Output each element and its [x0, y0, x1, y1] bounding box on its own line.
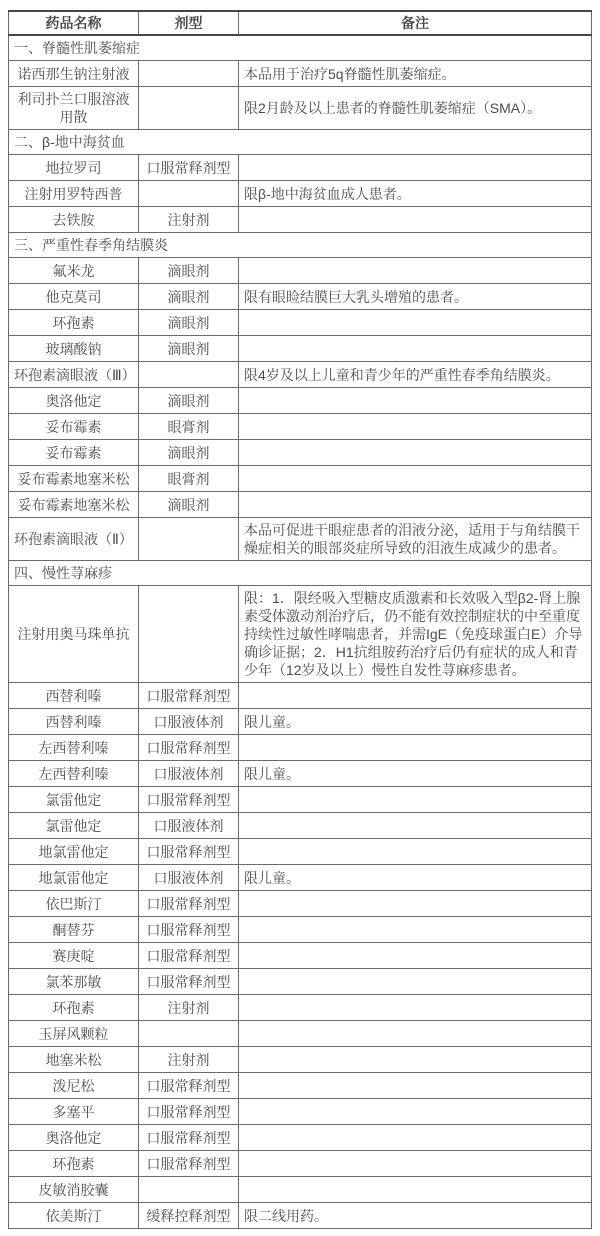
drug-row: 妥布霉素地塞米松滴眼剂 — [9, 492, 592, 518]
drug-row: 氯雷他定口服液体剂 — [9, 813, 592, 839]
drug-name-cell: 奥洛他定 — [9, 1125, 139, 1151]
drug-name-cell: 西替利嗪 — [9, 709, 139, 735]
dosage-form-cell: 眼膏剂 — [139, 466, 239, 492]
drug-row: 去铁胺注射剂 — [9, 207, 592, 233]
section-row: 一、脊髓性肌萎缩症 — [9, 35, 592, 61]
dosage-form-cell: 口服常释剂型 — [139, 1073, 239, 1099]
drug-name-cell: 泼尼松 — [9, 1073, 139, 1099]
drug-name-cell: 依美斯汀 — [9, 1203, 139, 1229]
dosage-form-cell: 口服液体剂 — [139, 813, 239, 839]
note-cell: 限4岁及以上儿童和青少年的严重性春季角结膜炎。 — [239, 362, 592, 388]
drug-row: 环孢素滴眼液（Ⅲ）限4岁及以上儿童和青少年的严重性春季角结膜炎。 — [9, 362, 592, 388]
section-row: 三、严重性春季角结膜炎 — [9, 233, 592, 258]
note-cell — [239, 414, 592, 440]
drug-row: 玉屏风颗粒 — [9, 1021, 592, 1047]
drug-row: 多塞平口服常释剂型 — [9, 1099, 592, 1125]
drug-name-cell: 西替利嗪 — [9, 683, 139, 709]
dosage-form-cell: 口服常释剂型 — [139, 1125, 239, 1151]
dosage-form-cell: 注射剂 — [139, 207, 239, 233]
note-cell — [239, 917, 592, 943]
drug-row: 利司扑兰口服溶液用散限2月龄及以上患者的脊髓性肌萎缩症（SMA）。 — [9, 87, 592, 130]
note-cell — [239, 839, 592, 865]
drug-name-cell: 氯苯那敏 — [9, 969, 139, 995]
note-cell — [239, 1151, 592, 1177]
section-title: 二、β-地中海贫血 — [9, 130, 592, 155]
drug-name-cell: 氯雷他定 — [9, 787, 139, 813]
drug-name-cell: 环孢素 — [9, 1151, 139, 1177]
column-header-note: 备注 — [239, 11, 592, 35]
note-cell: 限：1．限经吸入型糖皮质激素和长效吸入型β2-肾上腺素受体激动剂治疗后，仍不能有… — [239, 586, 592, 683]
note-cell — [239, 1021, 592, 1047]
drug-row: 氯雷他定口服常释剂型 — [9, 787, 592, 813]
dosage-form-cell: 滴眼剂 — [139, 284, 239, 310]
drug-row: 地拉罗司口服常释剂型 — [9, 155, 592, 181]
drug-row: 注射用奥马珠单抗限：1．限经吸入型糖皮质激素和长效吸入型β2-肾上腺素受体激动剂… — [9, 586, 592, 683]
drug-name-cell: 地塞米松 — [9, 1047, 139, 1073]
dosage-form-cell: 口服液体剂 — [139, 865, 239, 891]
dosage-form-cell: 口服常释剂型 — [139, 787, 239, 813]
note-cell: 限儿童。 — [239, 709, 592, 735]
drug-row: 奥洛他定口服常释剂型 — [9, 1125, 592, 1151]
drug-row: 赛庚啶口服常释剂型 — [9, 943, 592, 969]
drug-row: 酮替芬口服常释剂型 — [9, 917, 592, 943]
drug-name-cell: 妥布霉素 — [9, 414, 139, 440]
drug-name-cell: 奥洛他定 — [9, 388, 139, 414]
drug-name-cell: 环孢素滴眼液（Ⅱ） — [9, 518, 139, 561]
drug-row: 氯苯那敏口服常释剂型 — [9, 969, 592, 995]
drug-name-cell: 妥布霉素地塞米松 — [9, 492, 139, 518]
drug-name-cell: 左西替利嗪 — [9, 735, 139, 761]
drug-row: 妥布霉素滴眼剂 — [9, 440, 592, 466]
drug-name-cell: 地氯雷他定 — [9, 865, 139, 891]
note-cell: 限二线用药。 — [239, 1203, 592, 1229]
note-cell — [239, 155, 592, 181]
drug-row: 地氯雷他定口服液体剂限儿童。 — [9, 865, 592, 891]
dosage-form-cell: 口服液体剂 — [139, 709, 239, 735]
dosage-form-cell — [139, 362, 239, 388]
dosage-form-cell: 注射剂 — [139, 1047, 239, 1073]
note-cell — [239, 787, 592, 813]
dosage-form-cell: 口服常释剂型 — [139, 1151, 239, 1177]
note-cell — [239, 735, 592, 761]
drug-row: 他克莫司滴眼剂限有眼睑结膜巨大乳头增殖的患者。 — [9, 284, 592, 310]
note-cell — [239, 1099, 592, 1125]
dosage-form-cell: 口服常释剂型 — [139, 891, 239, 917]
dosage-form-cell — [139, 1021, 239, 1047]
dosage-form-cell: 口服常释剂型 — [139, 155, 239, 181]
dosage-form-cell: 口服常释剂型 — [139, 683, 239, 709]
drug-name-cell: 环孢素 — [9, 310, 139, 336]
drug-name-cell: 诺西那生钠注射液 — [9, 61, 139, 87]
drug-name-cell: 他克莫司 — [9, 284, 139, 310]
note-cell — [239, 1047, 592, 1073]
drug-row: 诺西那生钠注射液本品用于治疗5q脊髓性肌萎缩症。 — [9, 61, 592, 87]
dosage-form-cell: 滴眼剂 — [139, 258, 239, 284]
drug-name-cell: 注射用奥马珠单抗 — [9, 586, 139, 683]
dosage-form-cell — [139, 586, 239, 683]
drug-row: 妥布霉素地塞米松眼膏剂 — [9, 466, 592, 492]
drug-name-cell: 多塞平 — [9, 1099, 139, 1125]
dosage-form-cell: 口服常释剂型 — [139, 943, 239, 969]
drug-row: 环孢素注射剂 — [9, 995, 592, 1021]
drug-name-cell: 注射用罗特西普 — [9, 181, 139, 207]
drug-name-cell: 去铁胺 — [9, 207, 139, 233]
drug-row: 环孢素滴眼液（Ⅱ）本品可促进干眼症患者的泪液分泌，适用于与角结膜干燥症相关的眼部… — [9, 518, 592, 561]
note-cell: 限儿童。 — [239, 865, 592, 891]
drug-row: 地塞米松注射剂 — [9, 1047, 592, 1073]
dosage-form-cell — [139, 518, 239, 561]
note-cell: 本品用于治疗5q脊髓性肌萎缩症。 — [239, 61, 592, 87]
drug-name-cell: 妥布霉素 — [9, 440, 139, 466]
dosage-form-cell — [139, 1177, 239, 1203]
dosage-form-cell: 注射剂 — [139, 995, 239, 1021]
note-cell — [239, 466, 592, 492]
drug-row: 注射用罗特西普限β-地中海贫血成人患者。 — [9, 181, 592, 207]
drug-row: 西替利嗪口服常释剂型 — [9, 683, 592, 709]
note-cell — [239, 969, 592, 995]
drug-name-cell: 妥布霉素地塞米松 — [9, 466, 139, 492]
drug-name-cell: 依巴斯汀 — [9, 891, 139, 917]
drug-name-cell: 玻璃酸钠 — [9, 336, 139, 362]
drug-row: 妥布霉素眼膏剂 — [9, 414, 592, 440]
note-cell — [239, 891, 592, 917]
drug-row: 环孢素滴眼剂 — [9, 310, 592, 336]
drug-name-cell: 氟米龙 — [9, 258, 139, 284]
drug-name-cell: 酮替芬 — [9, 917, 139, 943]
dosage-form-cell: 口服常释剂型 — [139, 839, 239, 865]
dosage-form-cell: 口服常释剂型 — [139, 1099, 239, 1125]
section-row: 四、慢性荨麻疹 — [9, 561, 592, 586]
header-row: 药品名称 剂型 备注 — [9, 11, 592, 35]
drug-row: 氟米龙滴眼剂 — [9, 258, 592, 284]
drug-name-cell: 地氯雷他定 — [9, 839, 139, 865]
dosage-form-cell: 口服液体剂 — [139, 761, 239, 787]
note-cell — [239, 943, 592, 969]
drug-row: 地氯雷他定口服常释剂型 — [9, 839, 592, 865]
column-header-drug-name: 药品名称 — [9, 11, 139, 35]
drug-row: 西替利嗪口服液体剂限儿童。 — [9, 709, 592, 735]
drug-table-header: 药品名称 剂型 备注 — [9, 11, 592, 35]
note-cell — [239, 1073, 592, 1099]
note-cell — [239, 492, 592, 518]
note-cell: 限儿童。 — [239, 761, 592, 787]
drug-row: 左西替利嗪口服常释剂型 — [9, 735, 592, 761]
note-cell: 本品可促进干眼症患者的泪液分泌，适用于与角结膜干燥症相关的眼部炎症所导致的泪液生… — [239, 518, 592, 561]
drug-table-body: 一、脊髓性肌萎缩症诺西那生钠注射液本品用于治疗5q脊髓性肌萎缩症。利司扑兰口服溶… — [9, 35, 592, 1229]
dosage-form-cell — [139, 87, 239, 130]
drug-row: 皮敏消胶囊 — [9, 1177, 592, 1203]
drug-name-cell: 赛庚啶 — [9, 943, 139, 969]
section-title: 一、脊髓性肌萎缩症 — [9, 35, 592, 61]
dosage-form-cell: 缓释控释剂型 — [139, 1203, 239, 1229]
drug-table: 药品名称 剂型 备注 一、脊髓性肌萎缩症诺西那生钠注射液本品用于治疗5q脊髓性肌… — [8, 10, 592, 1229]
dosage-form-cell: 口服常释剂型 — [139, 917, 239, 943]
note-cell — [239, 207, 592, 233]
section-title: 四、慢性荨麻疹 — [9, 561, 592, 586]
note-cell — [239, 1177, 592, 1203]
dosage-form-cell: 滴眼剂 — [139, 310, 239, 336]
column-header-dosage-form: 剂型 — [139, 11, 239, 35]
dosage-form-cell — [139, 61, 239, 87]
drug-row: 环孢素口服常释剂型 — [9, 1151, 592, 1177]
dosage-form-cell: 滴眼剂 — [139, 492, 239, 518]
drug-name-cell: 环孢素滴眼液（Ⅲ） — [9, 362, 139, 388]
page: 药品名称 剂型 备注 一、脊髓性肌萎缩症诺西那生钠注射液本品用于治疗5q脊髓性肌… — [0, 0, 600, 1236]
note-cell: 限2月龄及以上患者的脊髓性肌萎缩症（SMA）。 — [239, 87, 592, 130]
note-cell: 限β-地中海贫血成人患者。 — [239, 181, 592, 207]
drug-row: 奥洛他定滴眼剂 — [9, 388, 592, 414]
note-cell — [239, 440, 592, 466]
drug-row: 玻璃酸钠滴眼剂 — [9, 336, 592, 362]
drug-name-cell: 皮敏消胶囊 — [9, 1177, 139, 1203]
drug-name-cell: 环孢素 — [9, 995, 139, 1021]
note-cell — [239, 388, 592, 414]
drug-name-cell: 地拉罗司 — [9, 155, 139, 181]
drug-row: 依巴斯汀口服常释剂型 — [9, 891, 592, 917]
drug-name-cell: 玉屏风颗粒 — [9, 1021, 139, 1047]
dosage-form-cell: 滴眼剂 — [139, 388, 239, 414]
dosage-form-cell: 眼膏剂 — [139, 414, 239, 440]
drug-row: 依美斯汀缓释控释剂型限二线用药。 — [9, 1203, 592, 1229]
note-cell — [239, 995, 592, 1021]
drug-name-cell: 氯雷他定 — [9, 813, 139, 839]
drug-row: 左西替利嗪口服液体剂限儿童。 — [9, 761, 592, 787]
note-cell — [239, 258, 592, 284]
drug-row: 泼尼松口服常释剂型 — [9, 1073, 592, 1099]
note-cell: 限有眼睑结膜巨大乳头增殖的患者。 — [239, 284, 592, 310]
section-row: 二、β-地中海贫血 — [9, 130, 592, 155]
dosage-form-cell — [139, 181, 239, 207]
dosage-form-cell: 滴眼剂 — [139, 440, 239, 466]
note-cell — [239, 336, 592, 362]
section-title: 三、严重性春季角结膜炎 — [9, 233, 592, 258]
drug-name-cell: 左西替利嗪 — [9, 761, 139, 787]
note-cell — [239, 683, 592, 709]
note-cell — [239, 310, 592, 336]
dosage-form-cell: 口服常释剂型 — [139, 735, 239, 761]
note-cell — [239, 1125, 592, 1151]
dosage-form-cell: 口服常释剂型 — [139, 969, 239, 995]
note-cell — [239, 813, 592, 839]
drug-name-cell: 利司扑兰口服溶液用散 — [9, 87, 139, 130]
dosage-form-cell: 滴眼剂 — [139, 336, 239, 362]
